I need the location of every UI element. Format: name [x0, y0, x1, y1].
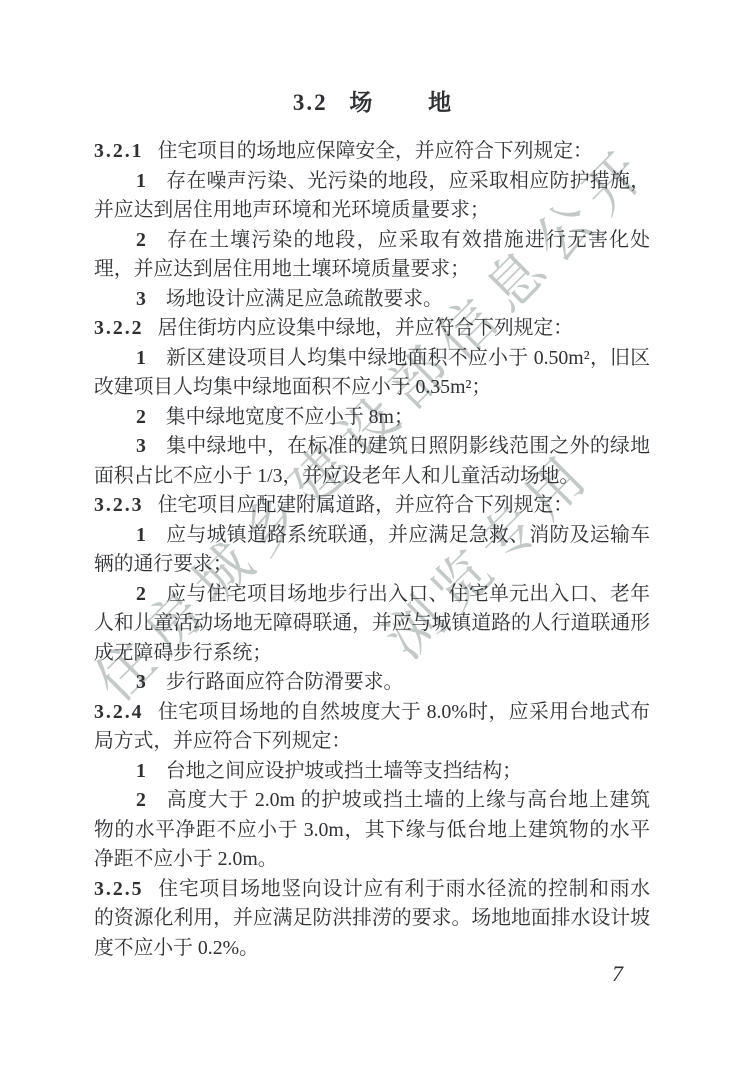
- document-page: 住房城乡建设部信息公开 浏览专用 3.2 场 地 3.2.1住宅项目的场地应保障…: [0, 0, 740, 1072]
- text-column: 3.2 场 地 3.2.1住宅项目的场地应保障安全，并应符合下列规定： 1存在噪…: [94, 88, 650, 963]
- item-text: 高度大于 2.0m 的护坡或挡土墙的上缘与高台地上建筑物的水平净距不应小于 3.…: [94, 789, 650, 870]
- clause-number: 3.2.4: [94, 701, 144, 723]
- item-number: 3: [136, 435, 148, 457]
- item-text: 集中绿地宽度不应小于 8m；: [166, 406, 414, 428]
- item-paragraph: 1应与城镇道路系统联通，并应满足急救、消防及运输车辆的通行要求；: [94, 521, 650, 580]
- item-number: 1: [136, 760, 148, 782]
- clause-paragraph-3-2-3: 3.2.3住宅项目应配建附属道路，并应符合下列规定：: [94, 491, 650, 521]
- item-text: 存在土壤污染的地段，应采取有效措施进行无害化处理，并应达到居住用地土壤环境质量要…: [94, 229, 650, 281]
- section-title-number: 3.2: [293, 90, 328, 115]
- item-text: 新区建设项目人均集中绿地面积不应小于 0.50m²，旧区改建项目人均集中绿地面积…: [94, 347, 650, 399]
- item-number: 2: [136, 406, 148, 428]
- item-paragraph: 1存在噪声污染、光污染的地段，应采取相应防护措施，并应达到居住用地声环境和光环境…: [94, 167, 650, 226]
- section-title-word-2: 地: [428, 90, 451, 115]
- clause-text: 住宅项目的场地应保障安全，并应符合下列规定：: [158, 140, 593, 162]
- item-number: 2: [136, 583, 148, 605]
- item-number: 1: [136, 524, 148, 546]
- clause-paragraph-3-2-5: 3.2.5住宅项目场地竖向设计应有利于雨水径流的控制和雨水的资源化利用，并应满足…: [94, 875, 650, 964]
- item-text: 集中绿地中，在标准的建筑日照阴影线范围之外的绿地面积占比不应小于 1/3，并应设…: [94, 435, 650, 487]
- clause-text: 住宅项目应配建附属道路，并应符合下列规定：: [158, 494, 573, 516]
- clause-number: 3.2.3: [94, 494, 144, 516]
- clause-text: 居住街坊内应设集中绿地，并应符合下列规定：: [158, 317, 573, 339]
- section-title: 3.2 场 地: [94, 88, 650, 118]
- clause-number: 3.2.5: [94, 878, 144, 900]
- item-paragraph: 2集中绿地宽度不应小于 8m；: [94, 403, 650, 433]
- item-paragraph: 3步行路面应符合防滑要求。: [94, 668, 650, 698]
- item-number: 2: [136, 789, 148, 811]
- item-text: 应与住宅项目场地步行出入口、住宅单元出入口、老年人和儿童活动场地无障碍联通，并应…: [94, 583, 650, 664]
- item-paragraph: 2应与住宅项目场地步行出入口、住宅单元出入口、老年人和儿童活动场地无障碍联通，并…: [94, 580, 650, 669]
- item-paragraph: 2高度大于 2.0m 的护坡或挡土墙的上缘与高台地上建筑物的水平净距不应小于 3…: [94, 786, 650, 875]
- clause-text: 住宅项目场地竖向设计应有利于雨水径流的控制和雨水的资源化利用，并应满足防洪排涝的…: [94, 878, 650, 959]
- page-number: 7: [612, 960, 623, 988]
- item-paragraph: 1台地之间应设护坡或挡土墙等支挡结构；: [94, 757, 650, 787]
- item-text: 应与城镇道路系统联通，并应满足急救、消防及运输车辆的通行要求；: [94, 524, 650, 576]
- clause-text: 住宅项目场地的自然坡度大于 8.0%时，应采用台地式布局方式，并应符合下列规定：: [94, 701, 650, 753]
- item-text: 场地设计应满足应急疏散要求。: [166, 288, 443, 310]
- clause-paragraph-3-2-2: 3.2.2居住街坊内应设集中绿地，并应符合下列规定：: [94, 314, 650, 344]
- item-paragraph: 2存在土壤污染的地段，应采取有效措施进行无害化处理，并应达到居住用地土壤环境质量…: [94, 226, 650, 285]
- item-number: 1: [136, 170, 148, 192]
- item-number: 3: [136, 671, 148, 693]
- item-text: 台地之间应设护坡或挡土墙等支挡结构；: [166, 760, 522, 782]
- item-number: 3: [136, 288, 148, 310]
- section-title-word-1: 场: [349, 90, 372, 115]
- clause-paragraph-3-2-1: 3.2.1住宅项目的场地应保障安全，并应符合下列规定：: [94, 137, 650, 167]
- item-text: 步行路面应符合防滑要求。: [166, 671, 403, 693]
- clause-number: 3.2.1: [94, 140, 144, 162]
- item-paragraph: 3场地设计应满足应急疏散要求。: [94, 285, 650, 315]
- item-number: 1: [136, 347, 148, 369]
- item-paragraph: 1新区建设项目人均集中绿地面积不应小于 0.50m²，旧区改建项目人均集中绿地面…: [94, 344, 650, 403]
- item-number: 2: [136, 229, 148, 251]
- clause-number: 3.2.2: [94, 317, 144, 339]
- clause-paragraph-3-2-4: 3.2.4住宅项目场地的自然坡度大于 8.0%时，应采用台地式布局方式，并应符合…: [94, 698, 650, 757]
- item-text: 存在噪声污染、光污染的地段，应采取相应防护措施，并应达到居住用地声环境和光环境质…: [94, 170, 650, 222]
- item-paragraph: 3集中绿地中，在标准的建筑日照阴影线范围之外的绿地面积占比不应小于 1/3，并应…: [94, 432, 650, 491]
